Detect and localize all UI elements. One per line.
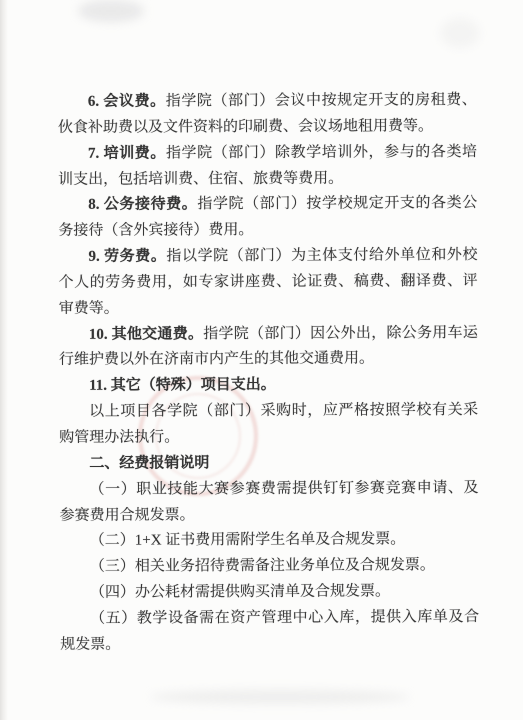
- paragraph-lead: 10. 其他交通费。: [89, 326, 203, 342]
- paragraph-note-1-skill-competition: （一）职业技能大赛参赛费需提供钉钉参赛竞赛申请、及参赛费用合规发票。: [59, 476, 478, 530]
- paragraph-note-3-business-reception: （三）相关业务招待费需备注业务单位及合规发票。: [60, 553, 479, 581]
- paragraph-body: （三）相关业务招待费需备注业务单位及合规发票。: [90, 557, 435, 575]
- paragraph-lead: 8. 公务接待费。: [88, 197, 197, 213]
- paragraph-note-4-office-supplies: （四）办公耗材需提供购买清单及合规发票。: [60, 579, 479, 607]
- paragraph-lead: 7. 培训费。: [88, 145, 166, 161]
- paragraph-lead: 11. 其它（特殊）项目支出。: [89, 377, 276, 394]
- scan-smudge: [440, 18, 480, 48]
- paragraph-body: （四）办公耗材需提供购买清单及合规发票。: [90, 584, 390, 601]
- paragraph-labor-fee: 9. 劳务费。指以学院（部门）为主体支付给外单位和外校个人的劳务费用，如专家讲座…: [58, 243, 477, 322]
- document-text-block: 6. 会议费。指学院（部门）会议中按规定开支的房租费、伙食补助费以及文件资料的印…: [58, 88, 479, 658]
- paragraph-body: （五）教学设备需在资产管理中心入库，提供入库单及合规发票。: [60, 609, 479, 653]
- paragraph-other-special-expense: 11. 其它（特殊）项目支出。: [59, 372, 478, 400]
- paragraph-other-transport-fee: 10. 其他交通费。指学院（部门）因公外出，除公务用车运行维护费以外在济南市内产…: [59, 321, 478, 375]
- page-left-edge: [0, 0, 8, 720]
- paragraph-official-reception-fee: 8. 公务接待费。指学院（部门）按学校规定开支的各类公务接待（含外宾接待）费用。: [58, 191, 477, 245]
- paragraph-note-5-teaching-equipment: （五）教学设备需在资产管理中心入库，提供入库单及合规发票。: [60, 605, 479, 659]
- scan-smudge: [150, 690, 410, 704]
- paragraph-meeting-fee: 6. 会议费。指学院（部门）会议中按规定开支的房租费、伙食补助费以及文件资料的印…: [58, 88, 477, 142]
- paragraph-note-2-certificate: （二）1+X 证书费用需附学生名单及合规发票。: [60, 527, 479, 555]
- section-heading-reimbursement-notes: 二、经费报销说明: [59, 450, 478, 478]
- paragraph-procurement-note: 以上项目各学院（部门）采购时，应严格按照学校有关采购管理办法执行。: [59, 398, 478, 452]
- paragraph-body: （一）职业技能大赛参赛费需提供钉钉参赛竞赛申请、及参赛费用合规发票。: [60, 480, 479, 524]
- heading-text: 二、经费报销说明: [89, 455, 209, 472]
- paragraph-lead: 9. 劳务费。: [88, 249, 166, 265]
- paragraph-body: 以上项目各学院（部门）采购时，应严格按照学校有关采购管理办法执行。: [59, 402, 478, 446]
- scanned-document-page: 6. 会议费。指学院（部门）会议中按规定开支的房租费、伙食补助费以及文件资料的印…: [0, 0, 523, 720]
- scan-smudge: [78, 0, 144, 22]
- paragraph-lead: 6. 会议费。: [88, 93, 166, 109]
- paragraph-training-fee: 7. 培训费。指学院（部门）除教学培训外，参与的各类培训支出，包括培训费、住宿、…: [58, 140, 477, 194]
- paragraph-body: （二）1+X 证书费用需附学生名单及合规发票。: [90, 532, 406, 549]
